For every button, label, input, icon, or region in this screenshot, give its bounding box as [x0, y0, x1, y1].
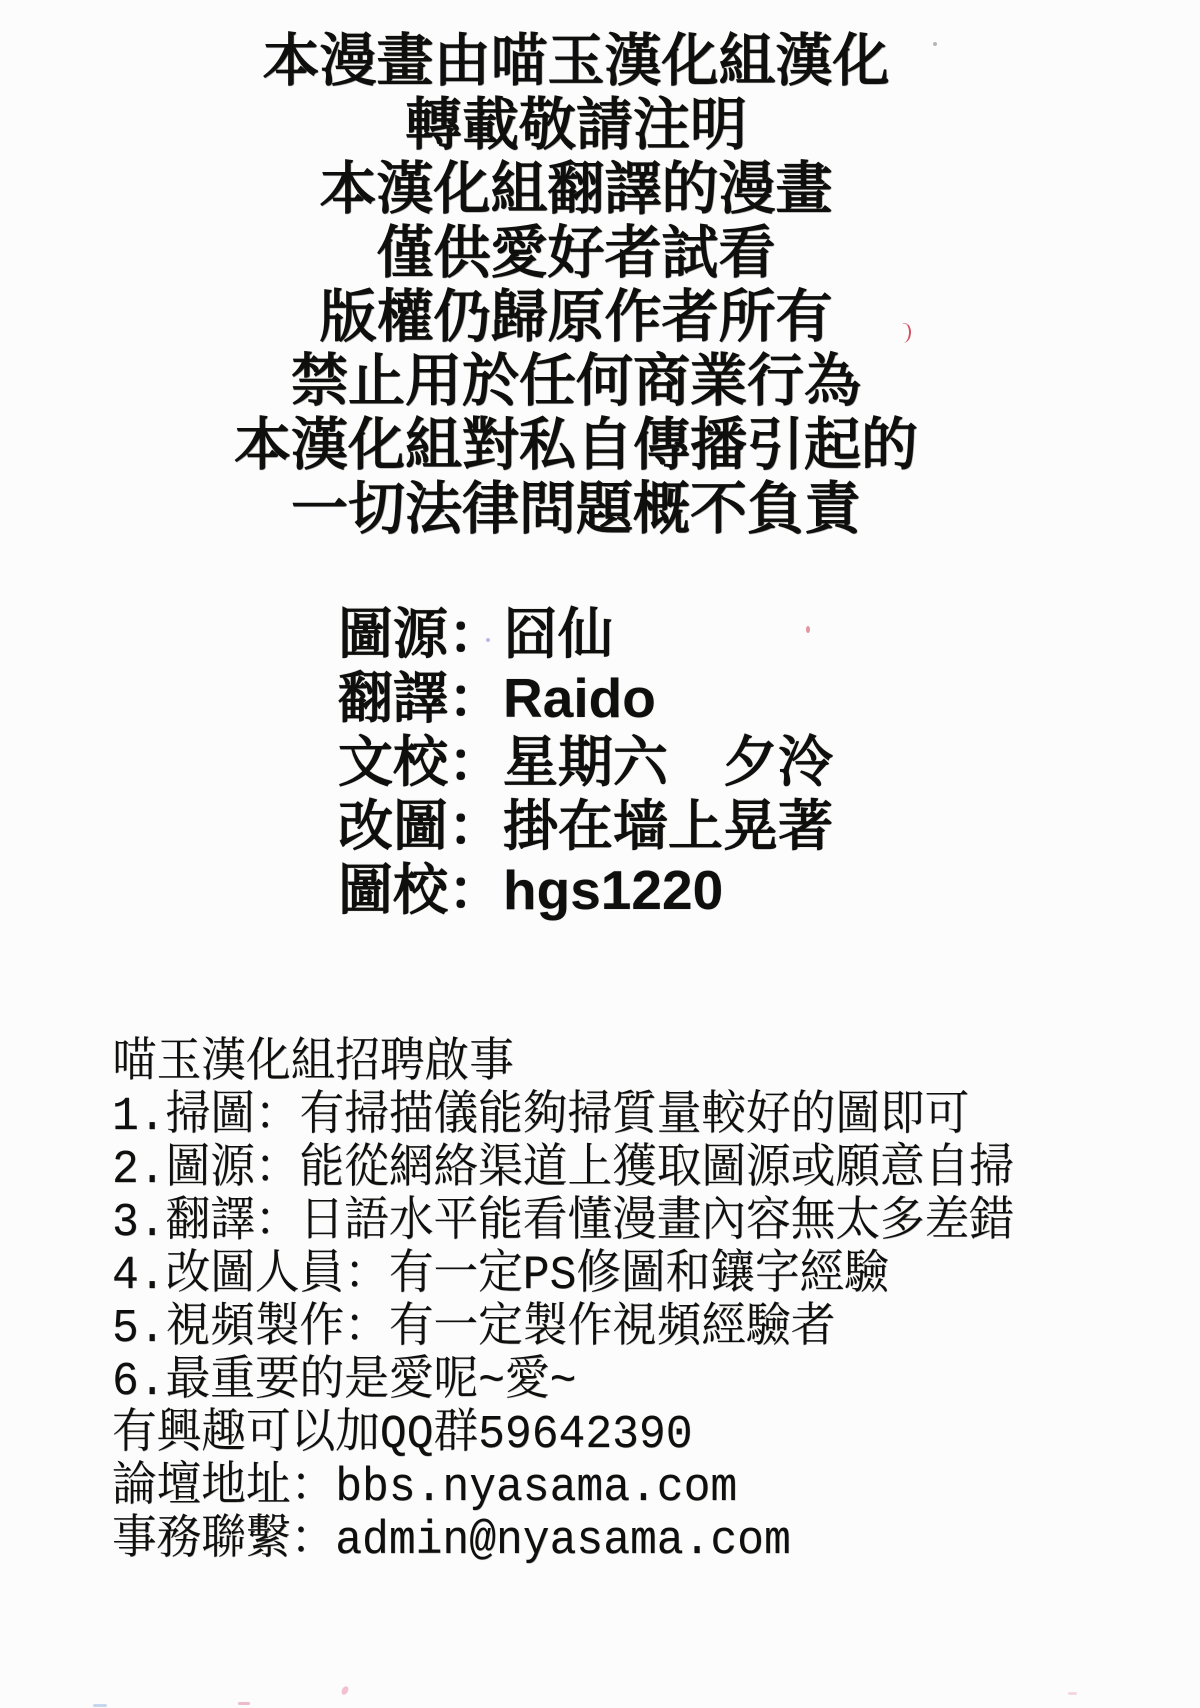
- credit-name: hgs1220: [503, 859, 723, 921]
- scanlation-credits-page: 本漫畫由喵玉漢化組漢化 轉載敬請注明 本漢化組翻譯的漫畫 僅供愛好者試看 版權仍…: [0, 0, 1200, 1708]
- credit-colon: ：: [448, 731, 503, 793]
- credit-name: 囧仙: [503, 603, 613, 665]
- scan-artifact-speck: [1068, 1692, 1077, 1695]
- credit-colon: ：: [448, 667, 503, 729]
- recruitment-item: 論壇地址：bbs.nyasama.com: [112, 1462, 1014, 1515]
- credit-role: 圖源: [338, 603, 448, 665]
- disclaimer-line: 禁止用於任何商業行為: [0, 350, 1152, 414]
- credit-role: 圖校: [338, 859, 448, 921]
- recruitment-item: 事務聯繫：admin@nyasama.com: [112, 1515, 1014, 1568]
- recruitment-item: 5.視頻製作：有一定製作視頻經驗者: [112, 1303, 1014, 1356]
- credit-row: 文校：星期六 夕泠: [338, 730, 833, 794]
- credit-role: 翻譯: [338, 667, 448, 729]
- credit-row: 翻譯：Raido: [338, 666, 833, 730]
- disclaimer-line: 本漢化組翻譯的漫畫: [0, 158, 1152, 222]
- recruitment-item: 2.圖源：能從網絡渠道上獲取圖源或願意自掃: [112, 1144, 1014, 1197]
- recruitment-item: 有興趣可以加QQ群59642390: [112, 1409, 1014, 1462]
- credit-colon: ：: [448, 603, 503, 665]
- recruitment-item: 3.翻譯：日語水平能看懂漫畫內容無太多差錯: [112, 1197, 1014, 1250]
- disclaimer-line: 本漢化組對私自傳播引起的: [0, 414, 1152, 478]
- scan-artifact-speck: [93, 1704, 107, 1707]
- credit-role: 文校: [338, 731, 448, 793]
- disclaimer-line: 轉載敬請注明: [0, 94, 1152, 158]
- credit-row: 圖源：囧仙: [338, 602, 833, 666]
- credit-row: 圖校：hgs1220: [338, 858, 833, 922]
- disclaimer-line: 版權仍歸原作者所有: [0, 286, 1152, 350]
- recruitment-item: 6.最重要的是愛呢~愛~: [112, 1356, 1014, 1409]
- recruitment-block: 喵玉漢化組招聘啟事 1.掃圖：有掃描儀能夠掃質量較好的圖即可 2.圖源：能從網絡…: [112, 1038, 1014, 1568]
- scan-artifact-speck: [238, 1702, 250, 1705]
- credits-block: 圖源：囧仙 翻譯：Raido 文校：星期六 夕泠 改圖：掛在墙上晃著 圖校：hg…: [338, 602, 833, 922]
- recruitment-title: 喵玉漢化組招聘啟事: [112, 1038, 1014, 1091]
- disclaimer-block: 本漫畫由喵玉漢化組漢化 轉載敬請注明 本漢化組翻譯的漫畫 僅供愛好者試看 版權仍…: [0, 30, 1152, 542]
- credit-colon: ：: [448, 859, 503, 921]
- scan-artifact-speck: [340, 1685, 350, 1696]
- recruitment-item: 4.改圖人員：有一定PS修圖和鑲字經驗: [112, 1250, 1014, 1303]
- disclaimer-line: 本漫畫由喵玉漢化組漢化: [0, 30, 1152, 94]
- disclaimer-line: 一切法律問題概不負責: [0, 478, 1152, 542]
- credit-name: 掛在墙上晃著: [503, 795, 833, 857]
- credit-name: Raido: [503, 667, 656, 729]
- credit-row: 改圖：掛在墙上晃著: [338, 794, 833, 858]
- credit-colon: ：: [448, 795, 503, 857]
- recruitment-item: 1.掃圖：有掃描儀能夠掃質量較好的圖即可: [112, 1091, 1014, 1144]
- credit-role: 改圖: [338, 795, 448, 857]
- credit-name: 星期六 夕泠: [503, 731, 833, 793]
- disclaimer-line: 僅供愛好者試看: [0, 222, 1152, 286]
